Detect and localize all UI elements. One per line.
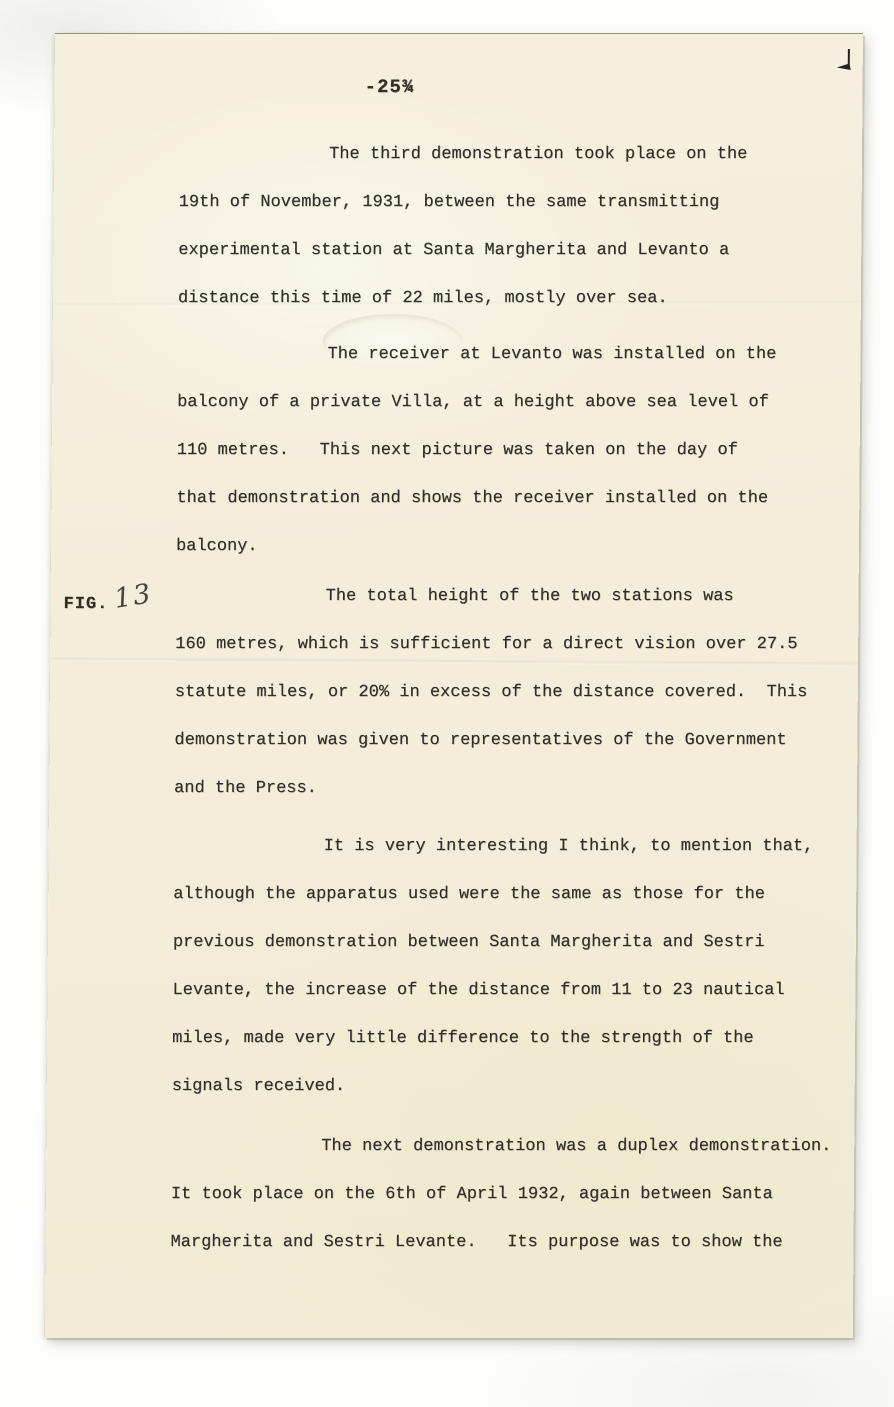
paragraph: The receiver at Levanto was installed on… bbox=[176, 331, 878, 571]
scanned-document-background: -25¾ FIG.13 The third demonstration took… bbox=[0, 0, 894, 1407]
typewritten-page: -25¾ FIG.13 The third demonstration took… bbox=[45, 34, 863, 1338]
page-number: -25¾ bbox=[364, 76, 414, 98]
corner-tick-icon bbox=[835, 48, 857, 76]
figure-number-handwritten: 13 bbox=[112, 578, 155, 615]
figure-label: FIG. bbox=[63, 595, 108, 614]
typed-text-block: The third demonstration took place on th… bbox=[170, 131, 879, 1267]
paragraph: The next demonstration was a duplex demo… bbox=[170, 1123, 871, 1267]
paragraph: The total height of the two stations was… bbox=[174, 573, 876, 813]
paragraph: It is very interesting I think, to menti… bbox=[172, 823, 874, 1111]
figure-margin-note: FIG.13 bbox=[63, 584, 152, 615]
paragraph: The third demonstration took place on th… bbox=[178, 131, 880, 323]
